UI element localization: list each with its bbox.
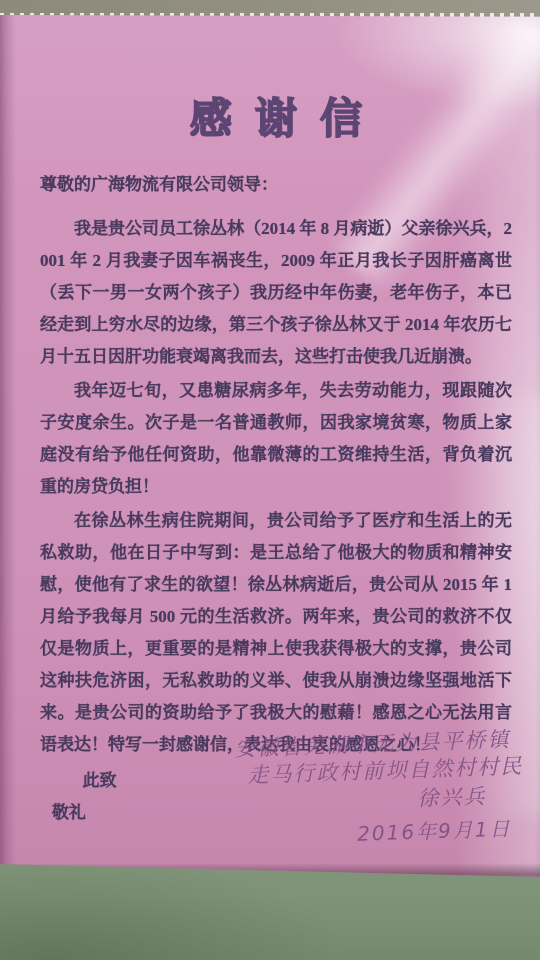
letter-title: 感谢信: [40, 99, 512, 141]
body-paragraph: 我是贵公司员工徐丛林（2014 年 8 月病逝）父亲徐兴兵，2001 年 2 月…: [40, 213, 512, 373]
salutation: 尊敬的广海物流有限公司领导：: [40, 169, 512, 201]
handwritten-signature-block: 安徽省芜湖市无为县平桥镇 走马行政村前坝自然村村民 徐兴兵 2016年9月1日: [234, 726, 526, 852]
letter-paper: 感谢信 尊敬的广海物流有限公司领导： 我是贵公司员工徐丛林（2014 年 8 月…: [0, 15, 540, 877]
body-paragraph: 我年迈七旬，又患糖尿病多年，失去劳动能力，现跟随次子安度余生。次子是一名普通教师…: [40, 375, 512, 503]
signature-date: 2016年9月1日: [237, 815, 512, 852]
letter-content: 感谢信 尊敬的广海物流有限公司领导： 我是贵公司员工徐丛林（2014 年 8 月…: [0, 15, 540, 877]
photo-of-letter: 感谢信 尊敬的广海物流有限公司领导： 我是贵公司员工徐丛林（2014 年 8 月…: [0, 0, 540, 960]
body-paragraph: 在徐丛林生病住院期间，贵公司给予了医疗和生活上的无私救助，他在日子中写到：是王总…: [40, 505, 512, 761]
